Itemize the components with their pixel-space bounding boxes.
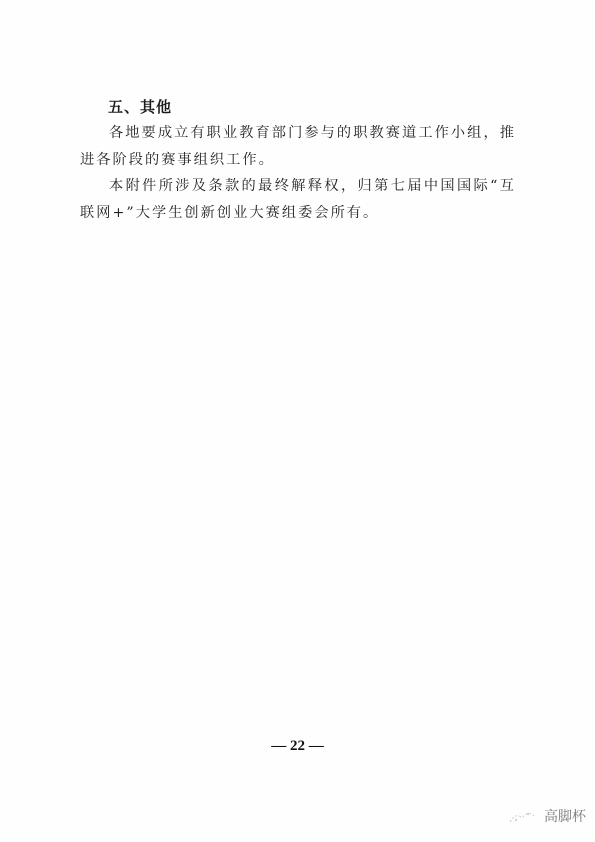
document-page: 五、其他 各地要成立有职业教育部门参与的职教赛道工作小组，推进各阶段的赛事组织工… (0, 0, 595, 842)
paragraph-interpretation-rights: 本附件所涉及条款的最终解释权，归第七届中国国际“互联网+”大学生创新创业大赛组委… (80, 173, 516, 226)
page-content: 五、其他 各地要成立有职业教育部门参与的职教赛道工作小组，推进各阶段的赛事组织工… (80, 94, 516, 227)
watermark: 高脚杯 (508, 806, 586, 826)
wechat-official-account-icon (508, 806, 536, 826)
paragraph-working-group: 各地要成立有职业教育部门参与的职教赛道工作小组，推进各阶段的赛事组织工作。 (80, 120, 516, 173)
watermark-label: 高脚杯 (544, 806, 586, 826)
page-number: — 22 — (0, 738, 595, 755)
section-heading: 五、其他 (108, 94, 516, 120)
